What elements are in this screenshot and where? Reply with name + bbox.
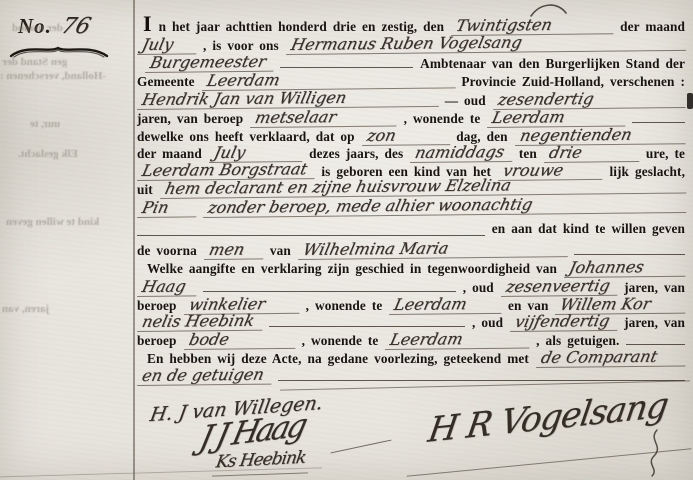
printed-text: n het jaar achttien honderd drie en zest… — [159, 19, 445, 35]
printed-text: van — [270, 243, 291, 259]
handwritten-entry: en de getuigen — [137, 365, 276, 386]
printed-text: beroep — [137, 333, 177, 349]
blank-rule — [632, 120, 685, 123]
form-left-rule — [133, 0, 135, 480]
printed-text: ure, te — [646, 146, 685, 162]
handwritten-entry: zonder beroep, mede alhier woonachtig — [203, 193, 691, 218]
printed-text: en aan dat kind te willen geven — [492, 221, 685, 237]
bleedthrough-text: jaren, van — [2, 303, 49, 315]
act-line: beroepbode, wonende teLeerdam, als getui… — [137, 330, 685, 349]
paper: No.76 In het jaar achttien honderd drie … — [0, 0, 693, 480]
handwritten-entry: metselaar — [250, 106, 401, 128]
act-line: July, is voor onsHermanus Ruben Vogelsan… — [137, 35, 685, 54]
handwritten-entry: de Comparant — [536, 346, 690, 368]
bleedthrough-text: -Holland, verschenen : — [0, 70, 106, 82]
handwritten-entry: Leerdam — [385, 328, 533, 350]
printed-text: jaren, van beroep — [137, 111, 243, 127]
blank-rule — [137, 233, 485, 236]
printed-text: — oud — [445, 93, 486, 109]
blank-rule — [269, 324, 465, 327]
blank-rule — [626, 342, 685, 345]
act-line: Haag, oudzesenveertigjaren, van — [137, 277, 685, 296]
blank-rule — [278, 378, 685, 381]
act-line: En hebben wij deze Acte, na gedane voorl… — [137, 348, 685, 367]
handwritten-entry: Hermanus Ruben Vogelsang — [286, 31, 691, 55]
registration-number-value: 76 — [58, 14, 93, 39]
printed-text: dezes jaars, des — [309, 146, 403, 162]
printed-text: de voorna — [137, 243, 197, 259]
printed-text: Ambtenaar van den Burgerlijken Stand der — [420, 56, 685, 72]
printed-text: Gemeente — [137, 74, 195, 90]
bleedthrough-text: kind te willen geven — [6, 216, 99, 228]
handwritten-entry: bode — [184, 329, 300, 350]
act-line: de voornamenvanWilhelmina Maria — [137, 240, 685, 259]
handwritten-entry: men — [204, 239, 268, 260]
printed-text: Welke aangifte en verklaring zijn geschi… — [147, 261, 557, 277]
handwritten-entry: Haag — [137, 276, 201, 297]
bleedthrough-text: gen Stand der — [2, 56, 67, 68]
act-line: Welke aangifte en verklaring zijn geschi… — [137, 258, 685, 277]
act-line: Pinzonder beroep, mede alhier woonachtig — [137, 198, 685, 217]
bleedthrough-text: Elk geslacht. — [18, 148, 78, 160]
drop-cap: I — [143, 19, 152, 29]
bleedthrough-text: der maand — [12, 22, 63, 34]
act-line: en aan dat kind te willen geven — [137, 221, 685, 240]
handwritten-entry: namiddags — [410, 142, 516, 163]
handwritten-entry: Johannes — [564, 257, 690, 278]
printed-text: ten — [519, 146, 537, 162]
printed-text: jaren, van — [624, 315, 685, 331]
printed-text: , wonende te — [302, 333, 379, 349]
handwritten-entry: Pin — [137, 197, 201, 218]
scan-edge-mark — [687, 93, 693, 109]
blank-rule — [203, 289, 456, 292]
handwritten-entry: Wilhelmina Maria — [298, 237, 572, 260]
blank-rule — [574, 252, 685, 255]
bleedthrough-text: uur, te — [30, 118, 60, 130]
printed-text: uit — [137, 182, 153, 198]
blank-rule — [280, 65, 413, 68]
act-line: nelis Heebink, oudvijfendertigjaren, van — [137, 312, 685, 331]
